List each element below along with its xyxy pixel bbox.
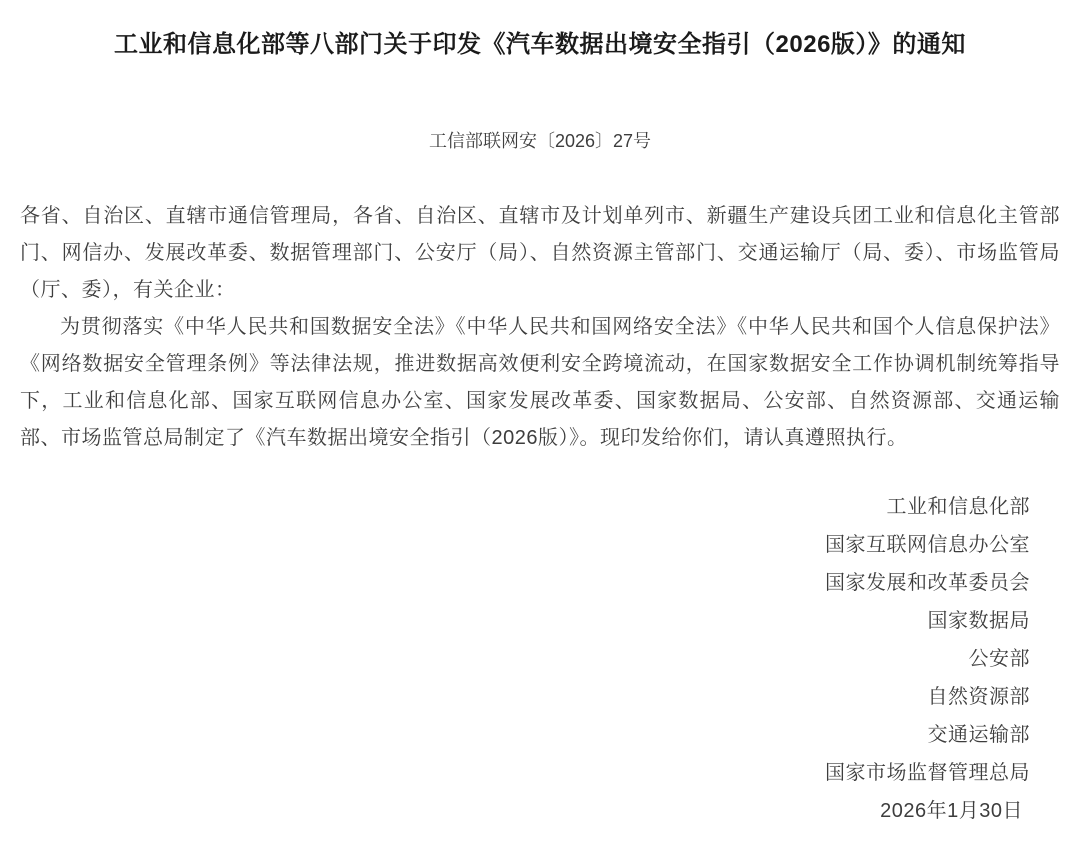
signer-line: 交通运输部 [20, 716, 1030, 754]
signer-line: 国家发展和改革委员会 [20, 564, 1030, 602]
signer-line: 公安部 [20, 640, 1030, 678]
signer-line: 国家数据局 [20, 602, 1030, 640]
document-number: 工信部联网安〔2026〕27号 [20, 128, 1060, 154]
document-page: 工业和信息化部等八部门关于印发《汽车数据出境安全指引（2026版）》的通知 工信… [0, 0, 1080, 843]
signature-block: 工业和信息化部 国家互联网信息办公室 国家发展和改革委员会 国家数据局 公安部 … [20, 488, 1060, 830]
date-line: 2026年1月30日 [20, 792, 1030, 830]
signer-line: 国家市场监督管理总局 [20, 754, 1030, 792]
body-paragraph: 为贯彻落实《中华人民共和国数据安全法》《中华人民共和国网络安全法》《中华人民共和… [20, 309, 1060, 457]
signer-line: 国家互联网信息办公室 [20, 526, 1030, 564]
document-title: 工业和信息化部等八部门关于印发《汽车数据出境安全指引（2026版）》的通知 [20, 28, 1060, 62]
salutation-paragraph: 各省、自治区、直辖市通信管理局，各省、自治区、直辖市及计划单列市、新疆生产建设兵… [20, 198, 1060, 309]
signer-line: 自然资源部 [20, 678, 1030, 716]
signer-line: 工业和信息化部 [20, 488, 1030, 526]
